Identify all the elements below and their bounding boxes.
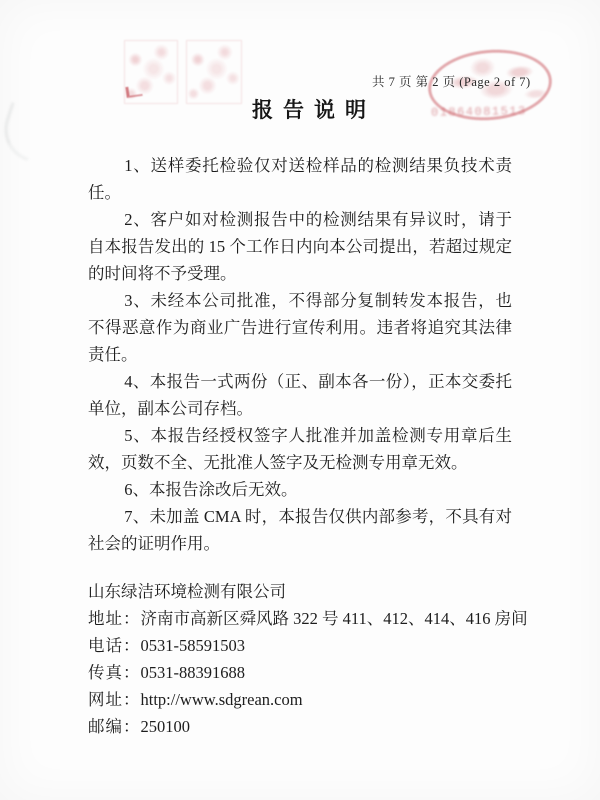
page-number-label: 共 7 页 第 2 页 (Page 2 of 7) [372, 72, 592, 90]
report-note-item-6: 6、本报告涂改后无效。 [88, 476, 512, 503]
report-note-item-2: 2、客户如对检测报告中的检测结果有异议时，请于自本报告发出的 15 个工作日内向… [88, 206, 512, 287]
report-note-item-4: 4、本报告一式两份（正、副本各一份），正本交委托单位，副本公司存档。 [88, 368, 512, 422]
contact-label-address: 地址： [88, 609, 141, 628]
contact-value-phone: 0531-58591503 [141, 636, 246, 655]
contact-value-fax: 0531-88391688 [141, 663, 246, 682]
contact-value-address: 济南市高新区舜风路 322 号 411、412、414、416 房间 [141, 609, 528, 628]
company-name: 山东绿洁环境检测有限公司 [88, 578, 558, 605]
contact-label-postcode: 邮编： [88, 717, 141, 736]
scanned-report-page: 01864081513 共 7 页 第 2 页 (Page 2 of 7) 报告… [0, 0, 600, 800]
contact-row-website: 网址：http://www.sdgrean.com [88, 686, 558, 713]
report-note-item-5: 5、本报告经授权签字人批准并加盖检测专用章后生效，页数不全、无批准人签字及无检测… [88, 422, 512, 476]
report-note-item-3: 3、未经本公司批准，不得部分复制转发本报告，也不得恶意作为商业广告进行宣传利用。… [88, 287, 512, 368]
report-note-item-7: 7、未加盖 CMA 时，本报告仅供内部参考，不具有对社会的证明作用。 [88, 503, 512, 557]
contact-label-website: 网址： [88, 690, 141, 709]
contact-label-phone: 电话： [88, 636, 141, 655]
contact-value-postcode: 250100 [141, 717, 191, 736]
contact-row-address: 地址：济南市高新区舜风路 322 号 411、412、414、416 房间 [88, 605, 558, 632]
report-note-item-1: 1、送样委托检验仅对送检样品的检测结果负技术责任。 [88, 152, 512, 206]
company-contact-block: 山东绿洁环境检测有限公司 地址：济南市高新区舜风路 322 号 411、412、… [88, 578, 558, 740]
contact-row-fax: 传真：0531-88391688 [88, 659, 558, 686]
contact-label-fax: 传真： [88, 663, 141, 682]
contact-row-phone: 电话：0531-58591503 [88, 632, 558, 659]
contact-value-website: http://www.sdgrean.com [141, 690, 303, 709]
report-notes-title: 报告说明 [14, 94, 600, 124]
report-notes-body: 1、送样委托检验仅对送检样品的检测结果负技术责任。 2、客户如对检测报告中的检测… [88, 152, 512, 557]
contact-row-postcode: 邮编：250100 [88, 713, 558, 740]
